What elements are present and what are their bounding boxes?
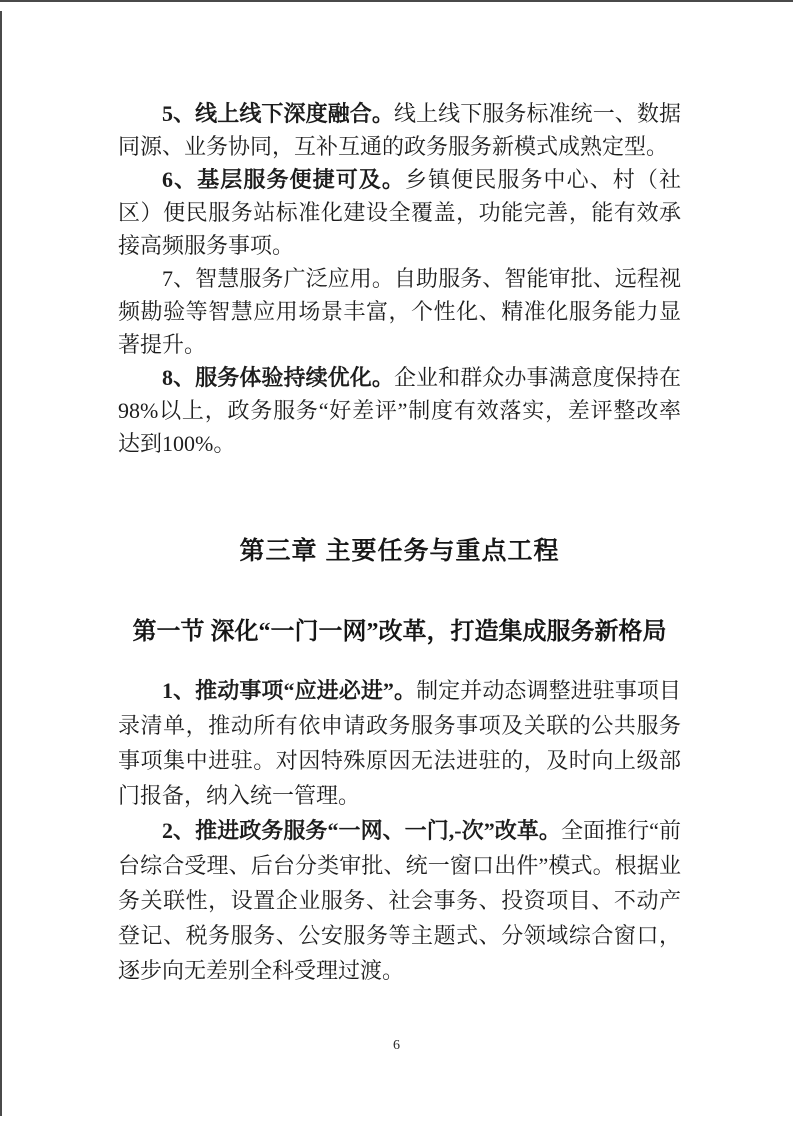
paragraph-lead: 8、服务体验持续优化。 <box>162 365 394 390</box>
scan-border-left <box>0 11 2 1116</box>
chapter-title: 第三章 主要任务与重点工程 <box>118 531 681 567</box>
paragraph: 7、智慧服务广泛应用。自助服务、智能审批、远程视频勘验等智慧应用场景丰富，个性化… <box>118 262 681 361</box>
paragraph-lead: 1、推动事项“应进必进”。 <box>162 678 416 703</box>
paragraph: 5、线上线下深度融合。线上线下服务标准统一、数据同源、业务协同，互补互通的政务服… <box>118 97 681 163</box>
achievements-paragraph-list: 5、线上线下深度融合。线上线下服务标准统一、数据同源、业务协同，互补互通的政务服… <box>118 97 681 460</box>
scan-border-top <box>0 0 793 2</box>
paragraph: 2、推进政务服务“一网、一门,-次”改革。全面推行“前台综合受理、后台分类审批、… <box>118 813 681 988</box>
paragraph-lead: 7、智慧服务广泛应用。 <box>162 266 394 291</box>
paragraph-lead: 5、线上线下深度融合。 <box>162 101 394 126</box>
tasks-paragraph-list: 1、推动事项“应进必进”。制定并动态调整进驻事项目录清单，推动所有依申请政务服务… <box>118 673 681 988</box>
page-footer: 6 <box>0 1036 793 1054</box>
paragraph-lead: 6、基层服务便捷可及。 <box>162 167 405 192</box>
paragraph: 6、基层服务便捷可及。乡镇便民服务中心、村（社区）便民服务站标准化建设全覆盖，功… <box>118 163 681 262</box>
document-page: 5、线上线下深度融合。线上线下服务标准统一、数据同源、业务协同，互补互通的政务服… <box>0 0 793 1122</box>
paragraph: 1、推动事项“应进必进”。制定并动态调整进驻事项目录清单，推动所有依申请政务服务… <box>118 673 681 813</box>
paragraph: 8、服务体验持续优化。企业和群众办事满意度保持在98%以上，政务服务“好差评”制… <box>118 361 681 460</box>
section-title: 第一节 深化“一门一网”改革，打造集成服务新格局 <box>118 611 681 646</box>
page-number: 6 <box>393 1038 400 1053</box>
paragraph-lead: 2、推进政务服务“一网、一门,-次”改革。 <box>162 818 561 843</box>
